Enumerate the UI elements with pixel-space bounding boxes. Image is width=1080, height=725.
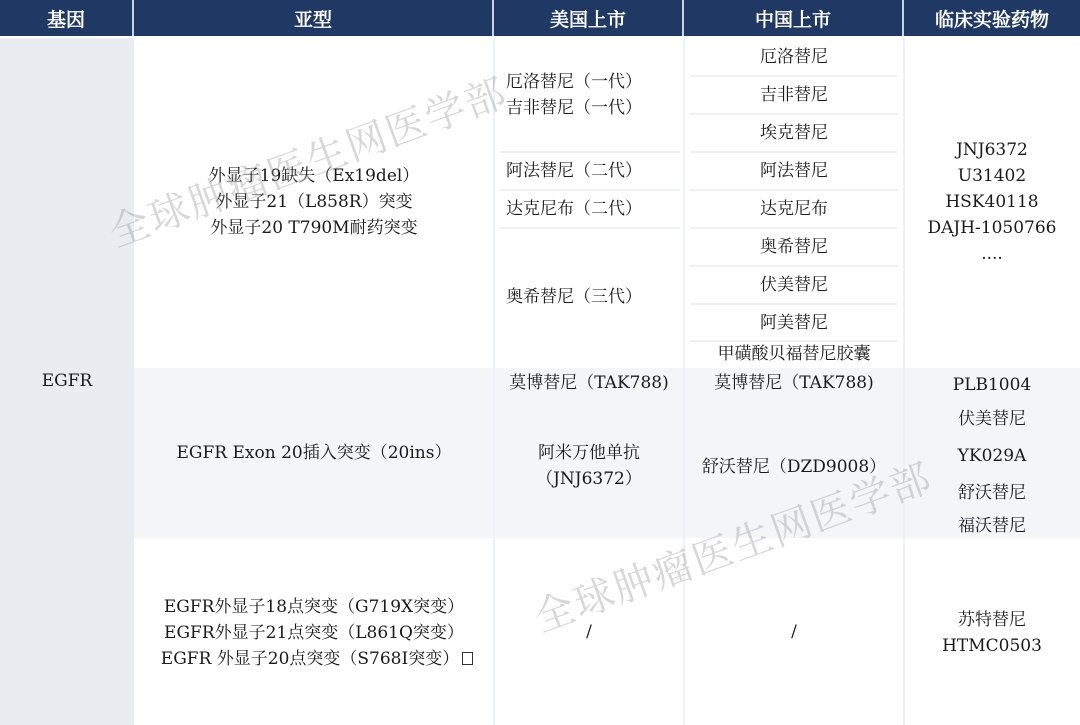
trial-drug: 苏特替尼 [958,607,1026,633]
us-drug: （JNJ6372） [536,466,642,492]
subtype-line: EGFR 外显子20点突变（S768I突变） [161,646,473,672]
trial-drug: .... [981,241,1003,267]
trial-drug: JNJ6372 [956,137,1028,163]
us-drug: 莫博替尼（TAK788) [509,368,668,398]
row1-subtype-cell: 外显子19缺失（Ex19del） 外显子21（L858R）突变 外显子20 T7… [134,38,494,366]
gene-cell: EGFR [0,38,134,725]
trial-drug: YK029A [958,438,1027,475]
cn-drug: / [791,619,797,645]
us-drug: 厄洛替尼（一代） [506,69,642,95]
divider [690,75,898,77]
row3-subtype-cell: EGFR外显子18点突变（G719X突变） EGFR外显子21点突变（L861Q… [134,540,494,725]
trial-drug: HSK40118 [945,189,1038,215]
subtype-line: 外显子21（L858R）突变 [215,189,412,215]
header-cn-approved: 中国上市 [684,0,904,36]
header-gene: 基因 [0,0,134,36]
cn-drug: 奥希替尼 [760,234,828,260]
cn-drug: 厄洛替尼 [760,44,828,70]
cn-drug-cell: 阿法替尼 [684,152,904,190]
trial-drug: 伏美替尼 [958,401,1026,438]
cn-drug: 甲磺酸贝福替尼胶囊 [718,341,871,367]
divider [690,303,898,305]
subtype-line: EGFR外显子21点突变（L861Q突变） [164,620,464,646]
row2-subtype-cell: EGFR Exon 20插入突变（20ins） [134,368,494,538]
cn-drug: 吉非替尼 [760,82,828,108]
trial-drug: U31402 [958,163,1026,189]
row2-cn-cell: 莫博替尼（TAK788) 舒沃替尼（DZD9008） [684,368,904,538]
header-subtype: 亚型 [134,0,494,36]
cn-drug: 埃克替尼 [760,120,828,146]
column-divider [903,38,905,725]
cn-drug: 阿美替尼 [760,310,828,336]
missing-glyph-box [462,652,473,665]
us-drug: 阿法替尼（二代） [506,158,642,184]
us-drug: 达克尼布（二代） [506,196,642,222]
cn-drug: 伏美替尼 [760,272,828,298]
cn-drug-cell: 奥希替尼 [684,228,904,266]
divider [690,227,898,229]
row1-us-group-2: 阿法替尼（二代） [494,152,684,190]
cn-drug: 阿法替尼 [760,158,828,184]
cn-drug-cell: 达克尼布 [684,190,904,228]
cn-drug-cell: 伏美替尼 [684,266,904,304]
cn-drug-cell: 吉非替尼 [684,76,904,114]
row3-trial-cell: 苏特替尼 HTMC0503 [904,540,1080,725]
cn-drug-cell: 阿美替尼 [684,304,904,342]
divider [690,151,898,153]
trial-drug: 福沃替尼 [958,511,1026,541]
cn-drug-cell: 厄洛替尼 [684,38,904,76]
row3-cn-cell: / [684,540,904,725]
subtype-line: 外显子19缺失（Ex19del） [209,163,420,189]
trial-drug: PLB1004 [953,370,1031,401]
us-drug: 奥希替尼（三代） [506,284,642,310]
divider [690,113,898,115]
header-clinical-trial: 临床实验药物 [904,0,1080,36]
cn-drug: 莫博替尼（TAK788) [714,368,873,398]
row2-trial-cell: PLB1004 伏美替尼 YK029A 舒沃替尼 福沃替尼 [904,368,1080,538]
column-divider [493,38,495,725]
trial-drug: DAJH-1050766 [927,215,1056,241]
column-divider [683,38,685,725]
cn-drug-cell: 埃克替尼 [684,114,904,152]
divider [500,227,680,229]
us-drug: 吉非替尼（一代） [506,95,642,121]
row2-us-cell: 莫博替尼（TAK788) 阿米万他单抗 （JNJ6372） [494,368,684,538]
divider [690,189,898,191]
row3-us-cell: / [494,540,684,725]
us-drug: / [586,619,592,645]
divider [500,151,680,153]
subtype-line: 外显子20 T790M耐药突变 [210,215,417,241]
cn-drug-cell: 甲磺酸贝福替尼胶囊 [684,340,904,368]
cn-drug: 达克尼布 [760,196,828,222]
subtype-line: EGFR Exon 20插入突变（20ins） [177,440,452,466]
row1-us-group-3: 达克尼布（二代） [494,190,684,228]
trial-drug: HTMC0503 [942,633,1042,659]
divider [500,189,680,191]
trial-drug: 舒沃替尼 [958,475,1026,511]
row1-us-group-4: 奥希替尼（三代） [494,228,684,366]
us-drug: 阿米万他单抗 [538,440,640,466]
gene-label: EGFR [42,368,93,394]
subtype-line: EGFR外显子18点突变（G719X突变） [164,594,464,620]
row1-us-group-1: 厄洛替尼（一代） 吉非替尼（一代） [494,38,684,152]
divider [690,265,898,267]
row1-trial-cell: JNJ6372 U31402 HSK40118 DAJH-1050766 ...… [904,38,1080,366]
divider [690,340,898,342]
cn-drug: 舒沃替尼（DZD9008） [702,454,886,480]
header-us-approved: 美国上市 [494,0,684,36]
